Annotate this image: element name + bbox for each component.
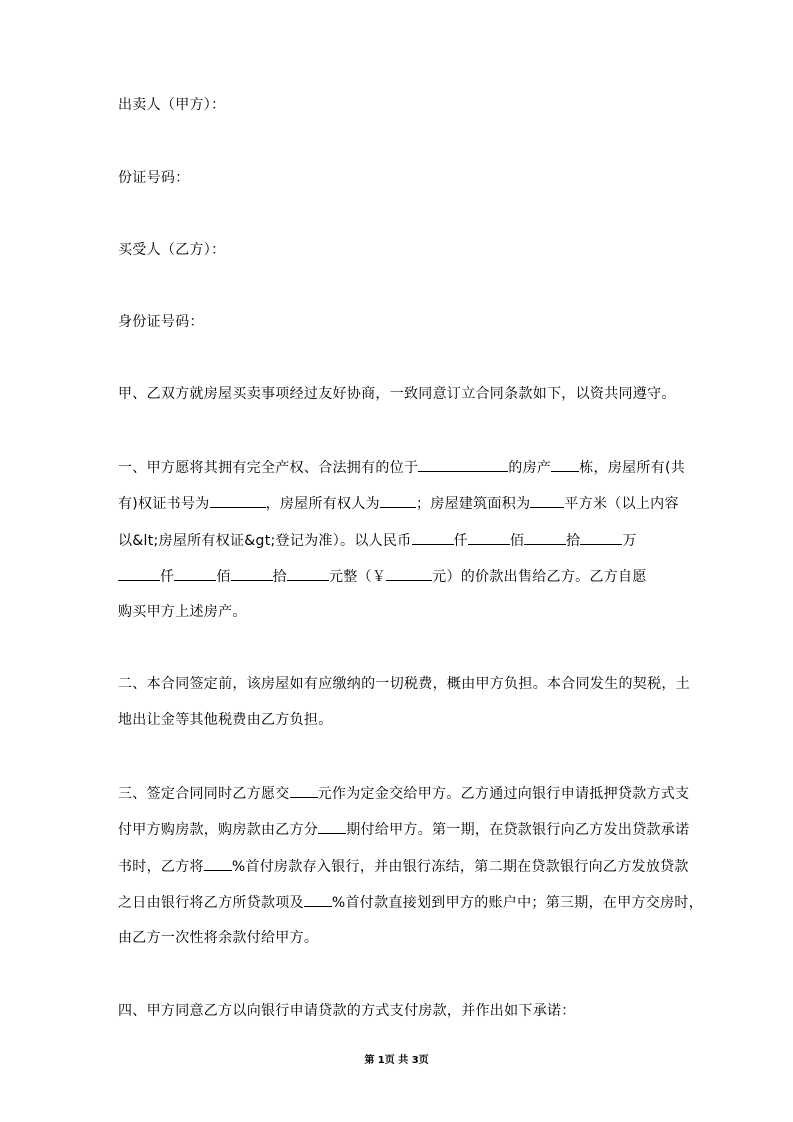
blank-amount-figures bbox=[386, 566, 432, 581]
blank-amount bbox=[118, 566, 160, 581]
clause1-line1: 一、甲方愿将其拥有完全产权、合法拥有的位于的房产栋，房屋所有(共 bbox=[118, 457, 688, 478]
blank-amount bbox=[231, 566, 273, 581]
clause1-line5: 购买甲方上述房产。 bbox=[118, 602, 688, 622]
clause1-text: 的房产 bbox=[508, 460, 551, 476]
blank-installments bbox=[318, 819, 346, 834]
blank-amount bbox=[524, 530, 566, 545]
unit-bai: 佰 bbox=[216, 569, 230, 585]
clause3-line2: 付甲方购房款，购房款由乙方分期付给甲方。第一期，在贷款银行向乙方发出贷款承诺 bbox=[118, 819, 688, 840]
clause3-text: 三、签定合同同时乙方愿交 bbox=[118, 786, 290, 802]
seller-id-label: 份证号码： bbox=[118, 168, 688, 188]
page-number-footer: 第 1页 共 3页 bbox=[0, 1053, 793, 1069]
blank-deposit bbox=[290, 783, 318, 798]
blank-amount bbox=[287, 566, 329, 581]
buyer-id-label: 身份证号码： bbox=[118, 312, 688, 332]
clause1-text: 以&lt;房屋所有权证&gt;登记为准）。以人民币 bbox=[118, 533, 412, 549]
clause3-text: 付甲方购房款，购房款由乙方分 bbox=[118, 822, 318, 838]
unit-shi: 拾 bbox=[566, 533, 580, 549]
blank-amount bbox=[412, 530, 454, 545]
clause3-text: 之日由银行将乙方所贷款项及 bbox=[118, 895, 304, 911]
clause1-text: 栋，房屋所有(共 bbox=[579, 460, 685, 476]
buyer-label: 买受人（乙方）： bbox=[118, 240, 688, 260]
clause3-line4: 之日由银行将乙方所贷款项及%首付款直接划到甲方的账户中；第三期，在甲方交房时， bbox=[118, 892, 688, 913]
seller-label: 出卖人（甲方）： bbox=[118, 95, 688, 115]
clause3-text: %首付款直接划到甲方的账户中；第三期，在甲方交房时， bbox=[332, 895, 703, 911]
clause1-text: ，房屋所有权人为 bbox=[266, 496, 380, 512]
unit-qian: 仟 bbox=[160, 569, 174, 585]
document-page: 出卖人（甲方）： 份证号码： 买受人（乙方）： 身份证号码： 甲、乙双方就房屋买… bbox=[0, 0, 793, 1122]
clause3-text: 元作为定金交给甲方。乙方通过向银行申请抵押贷款方式支 bbox=[318, 786, 690, 802]
clause3-text: 书时，乙方将 bbox=[118, 859, 204, 875]
clause4-line1: 四、甲方同意乙方以向银行申请贷款的方式支付房款，并作出如下承诺： bbox=[118, 1001, 688, 1021]
blank-area bbox=[530, 493, 564, 508]
intro-paragraph: 甲、乙双方就房屋买卖事项经过友好协商，一致同意订立合同条款如下，以资共同遵守。 bbox=[118, 384, 688, 404]
blank-amount bbox=[580, 530, 622, 545]
unit-shi: 拾 bbox=[273, 569, 287, 585]
blank-cert-number bbox=[210, 493, 266, 508]
clause3-line5: 由乙方一次性将余款付给甲方。 bbox=[118, 928, 688, 948]
blank-building bbox=[551, 457, 579, 472]
unit-yuan: 元整（￥ bbox=[329, 569, 386, 585]
clause1-line3: 以&lt;房屋所有权证&gt;登记为准）。以人民币仟佰拾万 bbox=[118, 530, 688, 551]
clause3-line1: 三、签定合同同时乙方愿交元作为定金交给甲方。乙方通过向银行申请抵押贷款方式支 bbox=[118, 783, 688, 804]
blank-owner bbox=[380, 493, 416, 508]
unit-qian: 仟 bbox=[454, 533, 468, 549]
blank-transfer-pct bbox=[304, 892, 332, 907]
clause1-text: 一、甲方愿将其拥有完全产权、合法拥有的位于 bbox=[118, 460, 418, 476]
clause1-line2: 有)权证书号为，房屋所有权人为；房屋建筑面积为平方米（以上内容 bbox=[118, 493, 688, 514]
blank-location bbox=[418, 457, 508, 472]
unit-bai: 佰 bbox=[510, 533, 524, 549]
clause2-line1: 二、本合同签定前，该房屋如有应缴纳的一切税费，概由甲方负担。本合同发生的契税，土 bbox=[118, 674, 688, 694]
blank-down-payment-pct bbox=[204, 856, 232, 871]
clause1-text: 元）的价款出售给乙方。乙方自愿 bbox=[432, 569, 647, 585]
clause3-text: 期付给甲方。第一期，在贷款银行向乙方发出贷款承诺 bbox=[346, 822, 689, 838]
blank-amount bbox=[174, 566, 216, 581]
clause3-text: %首付房款存入银行，并由银行冻结，第二期在贷款银行向乙方发放贷款 bbox=[232, 859, 689, 875]
blank-amount bbox=[468, 530, 510, 545]
clause1-text: 有)权证书号为 bbox=[118, 496, 210, 512]
unit-wan: 万 bbox=[622, 533, 636, 549]
clause2-line2: 地出让金等其他税费由乙方负担。 bbox=[118, 710, 688, 730]
clause1-text: 平方米（以上内容 bbox=[564, 496, 678, 512]
clause1-text: ；房屋建筑面积为 bbox=[416, 496, 530, 512]
clause1-line4: 仟佰拾元整（￥元）的价款出售给乙方。乙方自愿 bbox=[118, 566, 688, 587]
clause3-line3: 书时，乙方将%首付房款存入银行，并由银行冻结，第二期在贷款银行向乙方发放贷款 bbox=[118, 856, 688, 877]
